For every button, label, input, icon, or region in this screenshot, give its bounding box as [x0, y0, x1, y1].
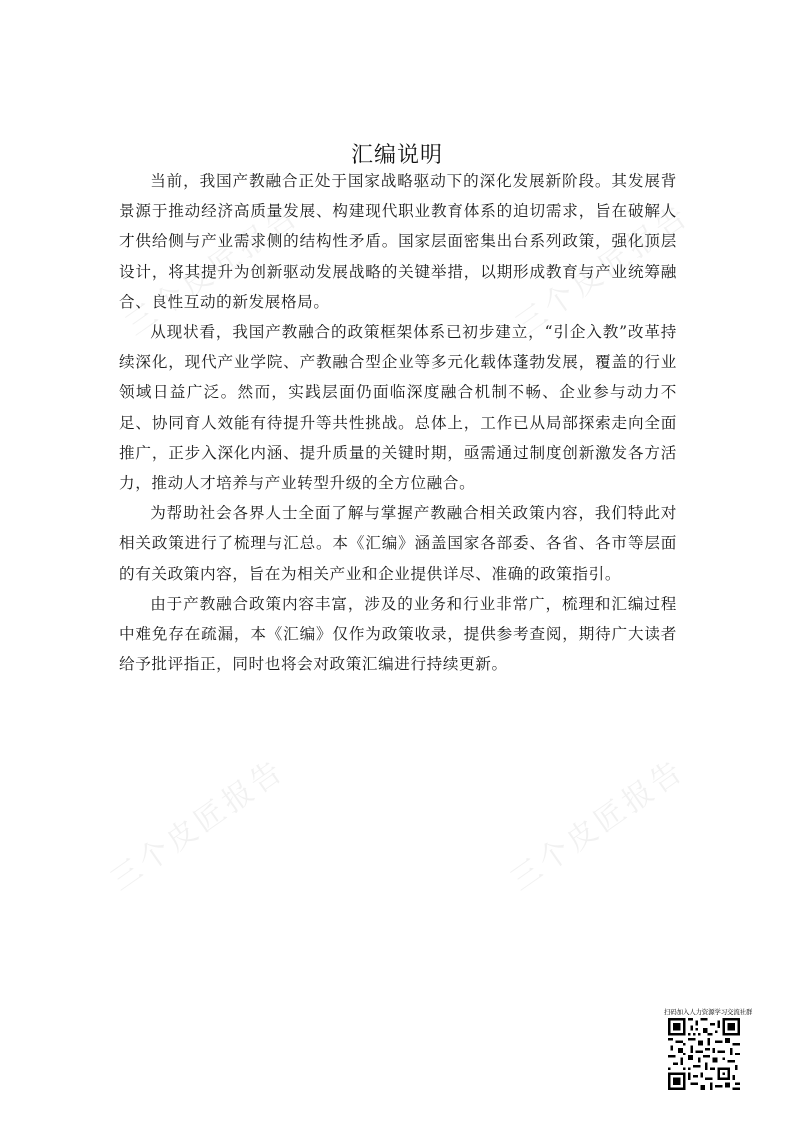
qr-caption: 扫码加入人力资源学习交流社群	[664, 1008, 746, 1016]
page-title: 汇编说明	[0, 138, 794, 169]
watermark: 三个皮匠报告	[100, 746, 292, 899]
qr-code-icon[interactable]	[668, 1018, 740, 1090]
document-page: 三个皮匠报告 三个皮匠报告 三个皮匠报告 三个皮匠报告 汇编说明 当前，我国产教…	[0, 0, 794, 1123]
paragraph-background: 当前，我国产教融合正处于国家战略驱动下的深化发展新阶段。其发展背景源于推动经济高…	[119, 166, 677, 317]
paragraph-status: 从现状看，我国产教融合的政策框架体系已初步建立，“引企入教”改革持续深化，现代产…	[119, 317, 677, 498]
paragraph-disclaimer: 由于产教融合政策内容丰富，涉及的业务和行业非常广，梳理和汇编过程中难免存在疏漏，…	[119, 589, 677, 680]
paragraph-purpose: 为帮助社会各界人士全面了解与掌握产教融合相关政策内容，我们特此对相关政策进行了梳…	[119, 498, 677, 589]
document-body: 当前，我国产教融合正处于国家战略驱动下的深化发展新阶段。其发展背景源于推动经济高…	[119, 166, 677, 679]
qr-block: 扫码加入人力资源学习交流社群	[664, 1008, 746, 1094]
watermark: 三个皮匠报告	[500, 746, 692, 899]
